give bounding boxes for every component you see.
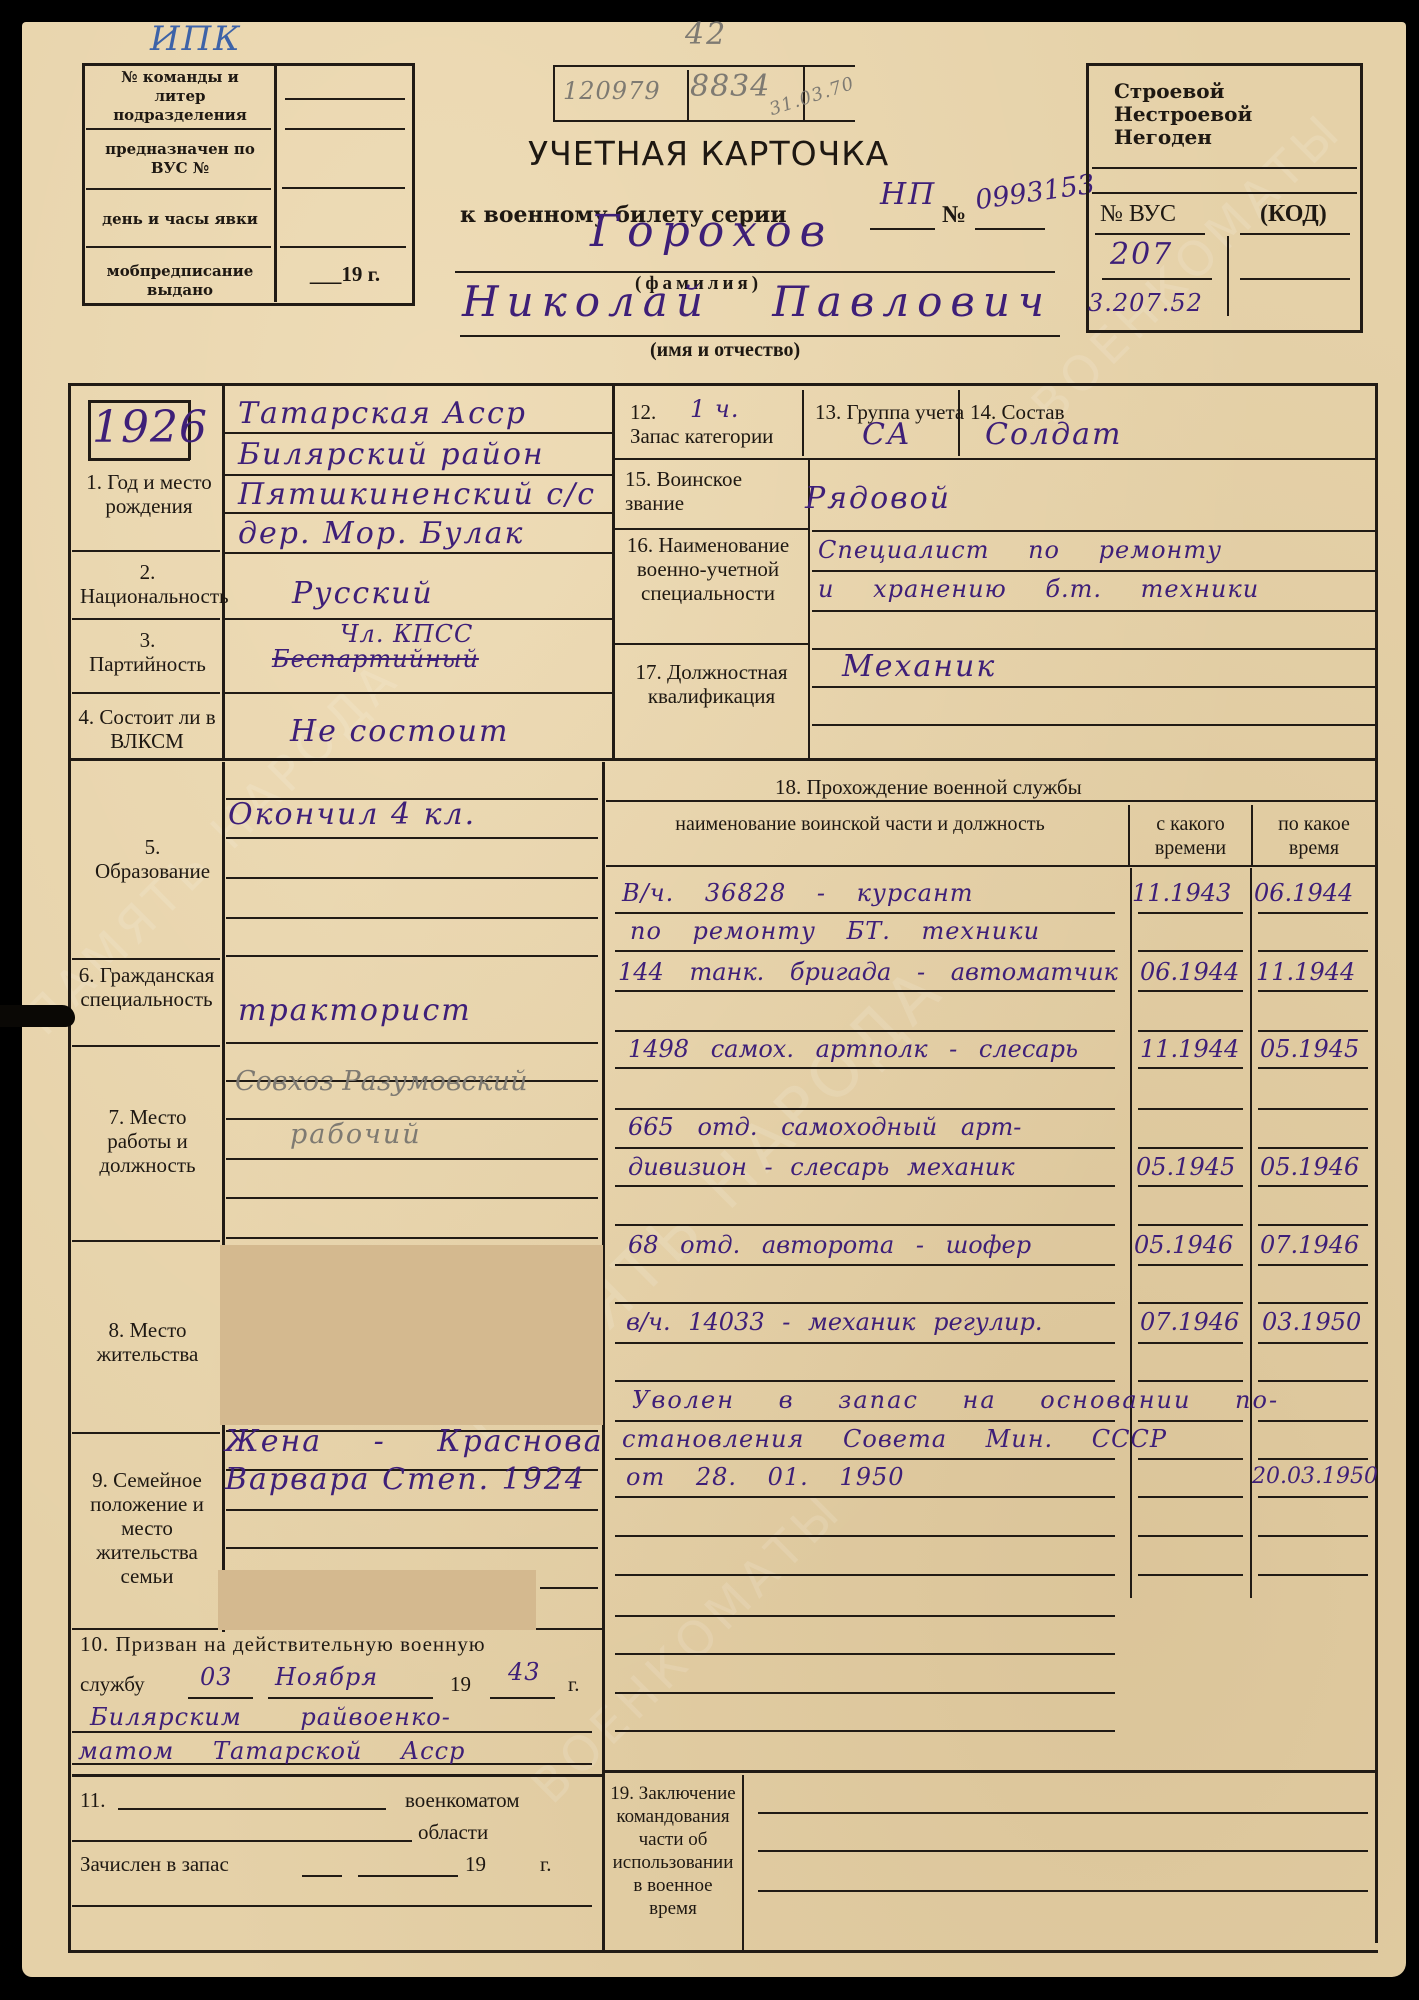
label-qualification: 17. Должностная квалификация	[614, 660, 809, 708]
specialty-line: Специалист по ремонту	[818, 533, 1222, 567]
code-label: (КОД)	[1260, 202, 1327, 226]
label-workplace: 7. Место работы и должность	[80, 1105, 215, 1177]
family-line: Варвара Степ. 1924	[225, 1463, 586, 1497]
service-from: 07.1946	[1140, 1305, 1239, 1339]
education-value: Окончил 4 кл.	[228, 798, 476, 832]
vus-number: 207	[1110, 238, 1173, 272]
service-from: 11.1944	[1140, 1032, 1239, 1066]
document-title: УЧЕТНАЯ КАРТОЧКА	[528, 134, 889, 173]
label-service: службу	[80, 1672, 145, 1696]
conscription-year: 43	[508, 1655, 541, 1689]
service-from: 06.1944	[1140, 955, 1239, 989]
birth-place-line: Билярский район	[238, 438, 545, 472]
label-birth: 1. Год и место рождения	[84, 470, 214, 518]
label-civil-specialty: 6. Гражданская специальность	[74, 963, 219, 1011]
service-unit-line: в/ч. 14033 - механик регулир.	[626, 1305, 1042, 1339]
stamp-number: 120979	[563, 74, 661, 108]
label-komsomol: 4. Состоит ли в ВЛКСМ	[72, 705, 222, 753]
birth-year: 1926	[92, 403, 208, 453]
label-family: 9. Семейное положение и место жительства…	[72, 1468, 222, 1588]
qualification-value: Механик	[842, 650, 996, 684]
surname: Горохов	[590, 215, 833, 249]
label-education: 5. Образование	[90, 835, 215, 883]
service-to: 05.1946	[1260, 1150, 1359, 1184]
label-specialty: 16. Наименование военно-учетной специаль…	[618, 533, 798, 605]
service-to: 07.1946	[1260, 1228, 1359, 1262]
service-unit-line: становления Совета Мин. СССР	[622, 1422, 1167, 1456]
family-line: Жена - Краснова	[225, 1425, 604, 1459]
label-voenkomat: военкоматом	[405, 1788, 520, 1812]
redacted-family-address	[218, 1570, 536, 1630]
service-from: 05.1946	[1134, 1228, 1233, 1262]
reserve-year-prefix: 19	[465, 1852, 486, 1876]
service-unit-line: дивизион - слесарь механик	[628, 1150, 1015, 1184]
reserve-year-suffix: г.	[540, 1852, 552, 1876]
composition-value: Солдат	[985, 418, 1122, 452]
torn-edge	[0, 1005, 75, 1027]
ticket-number-label: №	[942, 203, 966, 227]
label-conscripted: 10. Призван на действительную военную	[80, 1632, 486, 1656]
label-reserve-enrolled: Зачислен в запас	[80, 1852, 229, 1876]
service-from: 05.1945	[1136, 1150, 1235, 1184]
nationality-value: Русский	[292, 577, 434, 611]
name-caption: (имя и отчество)	[650, 338, 800, 362]
ticket-series: НП	[880, 178, 936, 212]
label-reserve-num: 12.	[630, 400, 656, 424]
name-patronymic: Николай Павлович	[462, 285, 1052, 319]
workplace-line: рабочий	[290, 1118, 422, 1152]
vus-code: 3.207.52	[1088, 286, 1203, 320]
service-to: 03.1950	[1262, 1305, 1361, 1339]
label-nationality: 2. Национальность	[80, 560, 215, 608]
conscription-office-line: матом Татарской Асср	[78, 1734, 465, 1768]
service-to: 20.03.1950	[1252, 1460, 1378, 1494]
service-from: 11.1943	[1132, 876, 1231, 910]
label-command-conclusion: 19. Заключение командования части об исп…	[608, 1782, 738, 1920]
conscription-office-line: Билярским райвоенко-	[90, 1700, 451, 1734]
conscription-year-prefix: 19	[450, 1672, 471, 1696]
service-unit-line: Уволен в запас на основании по-	[632, 1383, 1279, 1417]
service-unit-line: 144 танк. бригада - автоматчик	[618, 955, 1118, 989]
fitness-option-noncombat: Нестроевой	[1114, 103, 1252, 126]
label-mob-order: мобпредписание выдано	[95, 262, 265, 300]
komsomol-value: Не состоит	[290, 715, 509, 749]
service-to: 11.1944	[1256, 955, 1355, 989]
label-oblast: области	[418, 1820, 488, 1844]
fitness-option-unfit: Негоден	[1114, 126, 1212, 149]
party-value: Беспартийный	[272, 642, 479, 676]
service-to: 05.1945	[1260, 1032, 1359, 1066]
label-party: 3. Партийность	[80, 628, 215, 676]
registration-group-value: СА	[862, 418, 912, 452]
label-rank: 15. Воинское звание	[625, 467, 795, 515]
corner-note: ИПК	[150, 22, 242, 56]
vus-label: № ВУС	[1100, 202, 1176, 226]
civil-specialty-value: тракторист	[238, 994, 472, 1028]
fitness-option-combat: Строевой	[1114, 80, 1224, 103]
conscription-day: 03	[200, 1660, 233, 1694]
service-unit-line: В/ч. 36828 - курсант	[622, 876, 974, 910]
label-arrival-time: день и часы явки	[95, 210, 265, 229]
rank-value: Рядовой	[805, 482, 951, 516]
label-residence: 8. Место жительства	[80, 1318, 215, 1366]
service-to: 06.1944	[1254, 876, 1353, 910]
label-reserve-category: Запас категории	[630, 424, 773, 448]
page-number: 42	[685, 18, 727, 52]
label-11: 11.	[80, 1788, 105, 1812]
service-col-from: с какого времени	[1133, 812, 1248, 860]
service-unit-line: 665 отд. самоходный арт-	[628, 1110, 1021, 1144]
service-unit-line: 1498 самох. артполк - слесарь	[628, 1032, 1078, 1066]
label-assigned-vus: предназначен по ВУС №	[95, 140, 265, 178]
mob-order-year: ___19 г.	[285, 262, 405, 286]
service-unit-line: от 28. 01. 1950	[626, 1460, 905, 1494]
stamp-number: 8834	[690, 70, 770, 104]
service-title: 18. Прохождение военной службы	[775, 775, 1082, 799]
birth-place-line: дер. Мор. Булак	[238, 517, 524, 551]
conscription-month: Ноября	[275, 1660, 378, 1694]
redacted-residence	[220, 1245, 603, 1425]
service-col-to: по какое время	[1255, 812, 1373, 860]
specialty-line: и хранению б.т. техники	[818, 572, 1259, 606]
service-col-unit: наименование воинской части и должность	[655, 812, 1065, 836]
birth-place-line: Пятшкиненский с/с	[238, 478, 596, 512]
service-unit-line: 68 отд. авторота - шофер	[628, 1228, 1031, 1262]
birth-place-line: Татарская Асср	[238, 397, 527, 431]
label-team-number: № команды и литер подразделения	[95, 68, 265, 125]
workplace-line: Совхоз Разумовский	[235, 1065, 527, 1099]
conscription-year-suffix: г.	[568, 1672, 580, 1696]
reserve-category-value: 1 ч.	[690, 392, 739, 426]
service-unit-line: по ремонту БТ. техники	[630, 914, 1040, 948]
